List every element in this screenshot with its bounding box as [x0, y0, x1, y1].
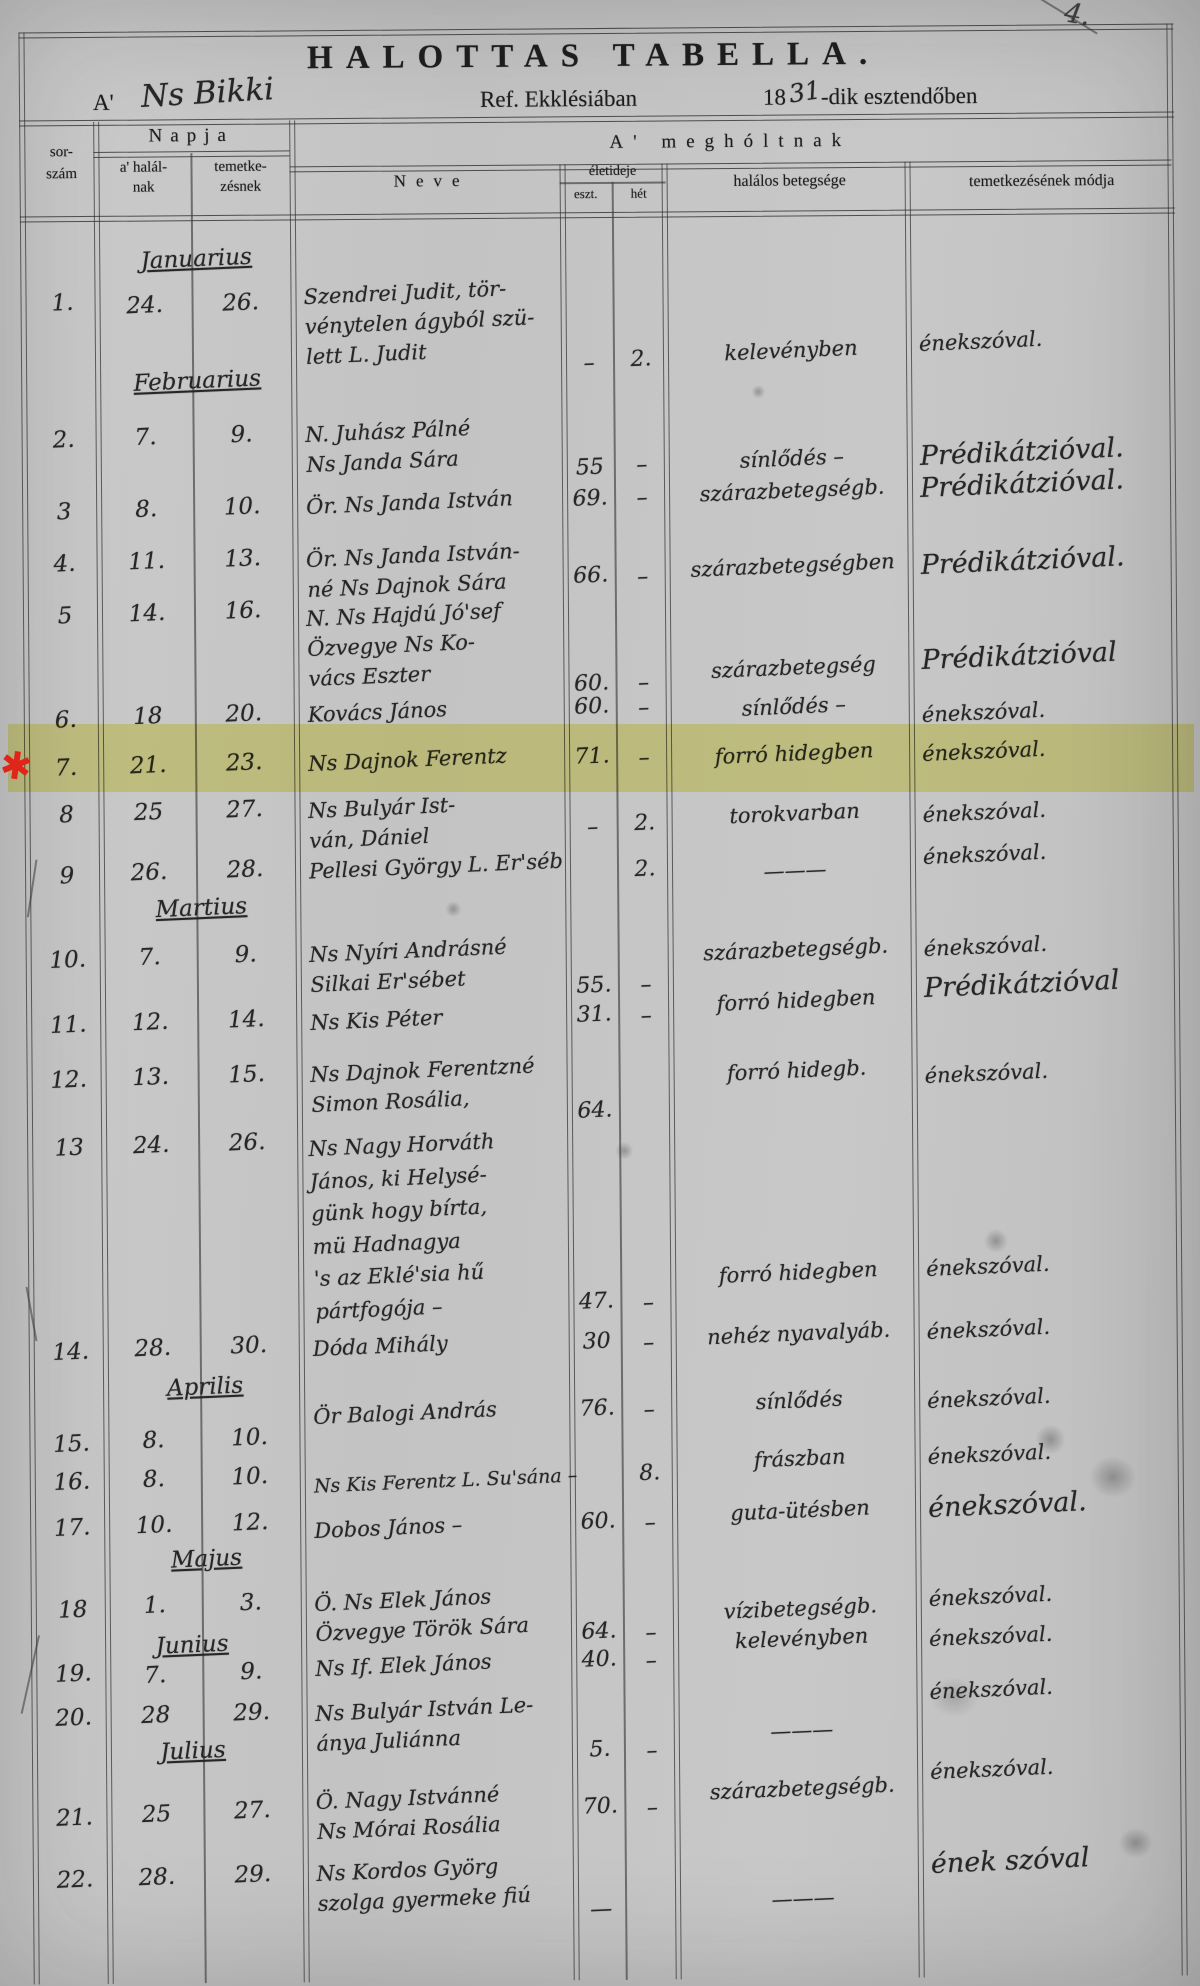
row-2-burial-day: 9. [193, 417, 290, 454]
row-20-burial-day: 29. [203, 1695, 300, 1732]
row-18-name: Ö. Ns Elek János Özvegye Török Sára [314, 1578, 588, 1649]
row-9-burial-mode: énekszóval. [922, 832, 1183, 873]
row-22-burial-day: 29. [204, 1857, 301, 1894]
row-17-burial-day: 12. [201, 1505, 298, 1542]
row-11-illness: forró hidegben [680, 982, 913, 1022]
row-4-illness: szárazbetegségben [676, 547, 909, 587]
row-22-illness: ——— [687, 1879, 920, 1919]
row-13-death-day: 24. [107, 1128, 196, 1164]
paper-stain [445, 901, 461, 917]
row-21-age-weeks: – [626, 1792, 679, 1825]
row-21-death-day: 25 [112, 1797, 201, 1833]
month-label-februarius: Februarius [107, 361, 288, 401]
row-12-burial-mode: énekszóval. [924, 1051, 1185, 1092]
row-14-burial-day: 30. [200, 1328, 297, 1365]
row-22-death-day: 28. [112, 1860, 201, 1896]
row-19-burial-day: 9. [203, 1654, 300, 1691]
row-12-number: 12. [36, 1063, 101, 1098]
row-1-age-years: – [562, 347, 615, 380]
row-22-name: Ns Kordos Györg szolga gyermeke fiú [316, 1848, 590, 1919]
row-8-age-weeks: 2. [618, 807, 671, 840]
row-9-burial-day: 28. [196, 852, 293, 889]
row-17-death-day: 10. [110, 1508, 199, 1544]
column-header-sorszam-1: sor- [29, 144, 93, 162]
row-2-age-weeks: – [615, 449, 668, 482]
column-header-sorszam-2: szám [29, 166, 93, 184]
row-17-age-weeks: – [624, 1507, 677, 1540]
row-17-burial-mode: énekszóval. [927, 1479, 1188, 1528]
row-17-age-years: 60. [572, 1505, 625, 1538]
row-19-number: 19. [41, 1657, 106, 1692]
row-11-name: Ns Kis Péter [310, 997, 583, 1038]
row-9-illness: ——— [679, 852, 912, 892]
row-5-name: N. Ns Hajdú Jó'sef Özvegye Ns Ko- vács E… [305, 593, 581, 694]
margin-asterisk-icon: ✱ [0, 742, 35, 790]
row-13-number: 13 [37, 1131, 102, 1166]
row-7-highlight [8, 724, 1194, 792]
row-21-burial-day: 27. [204, 1793, 301, 1830]
row-8-burial-mode: énekszóval. [922, 790, 1183, 831]
column-header-mod: temetkezésének módja [912, 171, 1172, 191]
row-3-name: Ör. Ns Janda István [306, 481, 579, 522]
row-14-burial-mode: énekszóval. [926, 1307, 1187, 1348]
row-1-burial-day: 26. [192, 285, 289, 322]
row-16-death-day: 8. [109, 1462, 198, 1498]
column-header-temetkezes-2: zésnek [194, 178, 288, 196]
row-1-number: 1. [30, 286, 95, 321]
row-14-age-weeks: – [622, 1327, 675, 1360]
paper-stain [1035, 1424, 1065, 1454]
col-rule-kor [661, 163, 681, 1979]
row-21-age-years: 70. [574, 1790, 627, 1823]
month-label-martius: Martius [111, 888, 292, 928]
paper-stain [929, 1677, 979, 1717]
row-4-burial-mode: Prédikátzióval. [920, 536, 1181, 585]
month-label-julius: Julius [117, 1732, 268, 1771]
row-16-age-weeks: 8. [623, 1457, 676, 1490]
row-8-age-years: – [566, 811, 619, 844]
paper-stain [1119, 1828, 1153, 1858]
row-6-age-years: 60. [565, 690, 618, 723]
row-4-number: 4. [32, 547, 97, 582]
row-3-death-day: 8. [102, 492, 191, 528]
row-22-age-years: — [575, 1893, 628, 1926]
row-5-death-day: 14. [102, 596, 191, 632]
table-frame: 4. HALOTTAS TABELLA. A' Ns Bikki Ref. Ek… [0, 0, 1200, 1986]
paper-stain [984, 1229, 1008, 1253]
row-1-illness: kelevényben [674, 332, 907, 372]
column-header-halalnak-2: nak [98, 179, 190, 197]
row-15-name: Ör Balogi András [313, 1391, 586, 1432]
header-bottom-rule [20, 207, 1175, 222]
row-15-age-years: 76. [571, 1392, 624, 1425]
row-3-age-years: 69. [563, 482, 616, 515]
row-20-age-years: 5. [573, 1733, 626, 1766]
row-8-illness: torokvarban [678, 795, 911, 835]
subtitle-year-handwritten: 31 [786, 72, 823, 112]
row-2-name: N. Juhász Pálné Ns Janda Sára [305, 409, 579, 480]
row-16-name: Ns Kis Ferentz L. Su'sána – [313, 1460, 624, 1500]
row-2-death-day: 7. [101, 420, 190, 456]
row-5-burial-day: 16. [194, 593, 291, 630]
frame-left-rule [18, 32, 39, 1984]
column-header-het: hét [614, 185, 664, 201]
row-4-age-years: 66. [564, 559, 617, 592]
column-header-eszt: eszt. [560, 186, 612, 202]
row-15-burial-day: 10. [201, 1420, 298, 1457]
row-4-age-weeks: – [616, 561, 669, 594]
row-10-burial-day: 9. [197, 937, 294, 974]
row-6-illness: sínlődés – [677, 688, 910, 728]
row-10-burial-mode: énekszóval. [923, 924, 1184, 965]
row-13-age-weeks: – [622, 1287, 675, 1320]
page-number: 4. [1061, 0, 1093, 36]
row-8-number: 8 [34, 798, 99, 833]
row-11-number: 11. [36, 1008, 101, 1043]
row-11-age-years: 31. [568, 998, 621, 1031]
row-8-name: Ns Bulyár Ist- ván, Dániel [307, 785, 581, 856]
column-header-temetkezes-1: temetke- [193, 158, 287, 176]
row-19-age-years: 40. [573, 1643, 626, 1676]
row-3-age-weeks: – [615, 482, 668, 515]
row-21-name: Ö. Nagy Istvánné Ns Mórai Rosália [315, 1776, 589, 1847]
month-label-januarius: Januarius [106, 239, 287, 279]
row-5-burial-mode: Prédikátzióval [921, 631, 1182, 680]
row-19-age-weeks: – [625, 1645, 678, 1678]
row-18-death-day: 1. [110, 1588, 199, 1624]
subtitle-church: Ref. Ekklésiában [480, 86, 637, 113]
column-header-megholtnak: A' meghóltnak [289, 127, 1171, 156]
row-13-illness: forró hidegben [682, 1254, 915, 1294]
row-1-death-day: 24. [100, 288, 189, 324]
row-10-illness: szárazbetegségb. [679, 931, 912, 971]
row-5-number: 5 [32, 599, 97, 634]
column-header-eletideje: életideje [559, 163, 665, 180]
row-20-death-day: 28 [111, 1698, 200, 1734]
document-scan: 4. HALOTTAS TABELLA. A' Ns Bikki Ref. Ek… [0, 0, 1200, 1986]
row-12-name: Ns Dajnok Ferentzné Simon Rosália, [310, 1049, 584, 1120]
row-12-death-day: 13. [106, 1060, 195, 1096]
column-header-halalnak-1: a' halál- [97, 159, 189, 177]
row-15-number: 15. [39, 1427, 104, 1462]
row-21-number: 21. [42, 1801, 107, 1836]
row-13-burial-day: 26. [199, 1125, 296, 1162]
row-9-number: 9 [34, 859, 99, 894]
row-19-death-day: 7. [111, 1658, 200, 1694]
row-14-death-day: 28. [108, 1331, 197, 1367]
row-9-death-day: 26. [104, 855, 193, 891]
row-19-name: Ns If. Elek János [315, 1643, 588, 1684]
paper-stain [1090, 1456, 1136, 1498]
row-3-burial-day: 10. [194, 489, 291, 526]
column-header-betegseg: halálos betegsége [674, 172, 906, 192]
row-10-number: 10. [35, 943, 100, 978]
month-label-majus: Majus [116, 1539, 297, 1579]
row-3-number: 3 [32, 495, 97, 530]
row-13-age-years: 47. [570, 1285, 623, 1318]
row-12-burial-day: 15. [198, 1057, 295, 1094]
subtitle-place-handwritten: Ns Bikki [140, 67, 275, 119]
row-10-name: Ns Nyíri Andrásné Silkai Er'sébet [309, 929, 583, 1000]
row-4-burial-day: 13. [194, 541, 291, 578]
row-5-illness: szárazbetegség [677, 649, 910, 689]
subtitle-prefix: A' [93, 90, 114, 116]
row-18-illness: vízibetegségb. kelevényben [684, 1590, 918, 1659]
row-17-illness: guta-ütésben [684, 1491, 917, 1531]
row-20-number: 20. [41, 1701, 106, 1736]
row-16-illness: frászban [683, 1440, 916, 1480]
row-13-burial-mode: énekszóval. [926, 1244, 1187, 1285]
paper-stain [751, 385, 765, 399]
row-15-age-weeks: – [623, 1394, 676, 1427]
row-12-illness: forró hidegb. [680, 1052, 913, 1092]
row-8-burial-day: 27. [196, 792, 293, 829]
row-1-burial-mode: énekszóval. [918, 319, 1179, 360]
row-17-number: 17. [40, 1511, 105, 1546]
month-label-aprilis: Aprilis [114, 1367, 295, 1407]
row-10-death-day: 7. [105, 940, 194, 976]
row-17-name: Dobos János – [314, 1505, 587, 1546]
paper-stain [615, 1142, 633, 1160]
row-20-age-weeks: – [625, 1735, 678, 1768]
subtitle-year-suffix: -dik esztendőben [821, 83, 978, 110]
row-21-burial-mode: énekszóval. [930, 1747, 1191, 1788]
column-header-neve: Neve [304, 170, 560, 192]
row-15-death-day: 8. [109, 1423, 198, 1459]
row-14-age-years: 30 [570, 1325, 623, 1358]
row-20-name: Ns Bulyár István Le- ánya Juliánna [315, 1688, 589, 1759]
row-11-age-weeks: – [620, 1000, 673, 1033]
row-6-age-weeks: – [617, 692, 670, 725]
row-13-name: Ns Nagy Horváth János, ki Helysé- günk h… [308, 1121, 588, 1328]
row-18-number: 18 [40, 1593, 105, 1628]
row-4-death-day: 11. [102, 544, 191, 580]
row-15-illness: sínlődés [683, 1382, 916, 1422]
row-20-illness: ——— [685, 1711, 918, 1751]
row-11-burial-day: 14. [198, 1002, 295, 1039]
row-16-number: 16. [39, 1465, 104, 1500]
row-9-age-weeks: 2. [618, 853, 671, 886]
row-2-number: 2. [31, 423, 96, 458]
row-22-number: 22. [42, 1863, 107, 1898]
row-18-burial-day: 3. [202, 1585, 299, 1622]
row-10-age-weeks: – [619, 969, 672, 1002]
row-21-illness: szárazbetegségb. [686, 1769, 919, 1809]
row-11-death-day: 12. [106, 1005, 195, 1041]
row-18-burial-mode: énekszóval. [928, 1574, 1189, 1615]
row-16-burial-day: 10. [201, 1459, 298, 1496]
row-11-burial-mode: Prédikátzióval [923, 959, 1184, 1008]
row-14-illness: nehéz nyavalyáb. [682, 1315, 915, 1355]
row-1-name: Szendrei Judit, tör- vénytelen ágyból sz… [303, 271, 579, 372]
column-header-napja: Napja [93, 124, 289, 148]
subtitle-year-printed: 18 [763, 85, 786, 111]
row-14-number: 14. [38, 1335, 103, 1370]
row-8-death-day: 25 [104, 795, 193, 831]
row-14-name: Dóda Mihály [312, 1323, 585, 1364]
row-2-age-years: 55 [563, 451, 616, 484]
row-15-burial-mode: énekszóval. [927, 1376, 1188, 1417]
row-1-age-weeks: 2. [614, 343, 667, 376]
row-18-burial-mode-2: énekszóval. [929, 1614, 1190, 1655]
